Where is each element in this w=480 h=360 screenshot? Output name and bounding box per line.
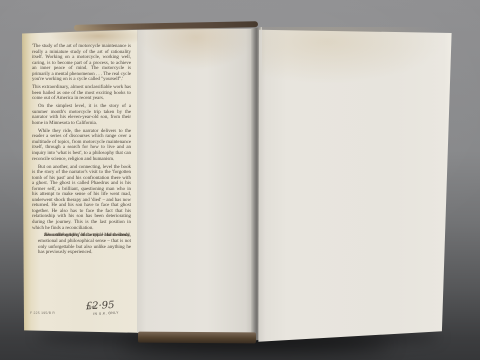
blurb-final-after: takes the reader on a trip – in a litera… bbox=[38, 233, 131, 255]
blurb-paragraph: But on another, and connecting, level th… bbox=[32, 165, 131, 232]
blurb-paragraph: This extraordinary, almost unclassifiabl… bbox=[32, 85, 131, 102]
blurb-quote-paragraph: 'The study of the art of motorcycle main… bbox=[32, 44, 131, 83]
flap-blurb: 'The study of the art of motorcycle main… bbox=[32, 44, 131, 233]
page-stain bbox=[262, 27, 448, 85]
left-endpaper bbox=[137, 28, 254, 336]
blurb-paragraph: On the simplest level, it is the story o… bbox=[32, 104, 131, 126]
blurb-paragraph: While they ride, the narrator delivers t… bbox=[32, 129, 131, 162]
price-net-label: net bbox=[89, 302, 97, 312]
book: 'The study of the art of motorcycle main… bbox=[0, 0, 480, 360]
printer-code: F 225 195/B R bbox=[30, 311, 55, 315]
photo-background: 'The study of the art of motorcycle main… bbox=[0, 0, 480, 360]
page-stain bbox=[138, 28, 254, 70]
price-stamp: £2·95 net IN U.K. ONLY bbox=[86, 300, 139, 317]
cover-bottom-edge bbox=[138, 332, 256, 344]
